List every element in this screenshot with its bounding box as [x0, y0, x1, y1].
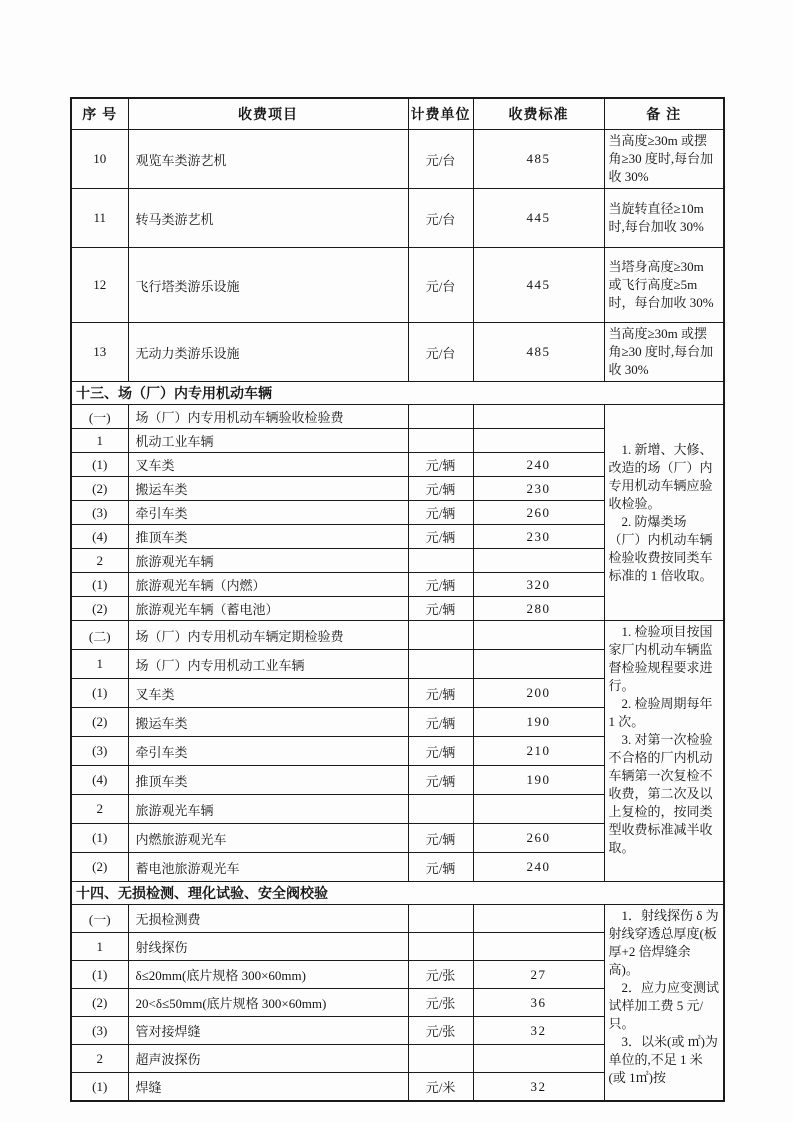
- fee-item-name: 超声波探伤: [128, 1045, 408, 1073]
- fee-standard: 32: [473, 1073, 604, 1102]
- table-row: 13无动力类游乐设施元/台485当高度≥30m 或摆角≥30 度时,每台加收 3…: [71, 323, 724, 382]
- billing-unit: [408, 795, 473, 824]
- row-serial-number: (4): [71, 525, 128, 549]
- fee-table-header: 序 号 收费项目 计费单位 收费标准 备 注: [71, 98, 724, 130]
- column-header-standard: 收费标准: [473, 98, 604, 130]
- row-serial-number: (1): [71, 1073, 128, 1102]
- row-serial-number: (2): [71, 989, 128, 1017]
- fee-standard: 445: [473, 248, 604, 323]
- remark-paragraph: 3．以米(或 ㎡)为单位的,不足 1 米(或 1㎡)按: [609, 1033, 720, 1087]
- fee-standard: [473, 933, 604, 961]
- fee-standard: 200: [473, 679, 604, 708]
- fee-item-name: 搬运车类: [128, 708, 408, 737]
- fee-standard: [473, 905, 604, 933]
- fee-standard: 190: [473, 766, 604, 795]
- fee-item-name: δ≤20mm(底片规格 300×60mm): [128, 961, 408, 989]
- billing-unit: 元/辆: [408, 737, 473, 766]
- fee-standard: [473, 429, 604, 453]
- remark-paragraph: 当高度≥30m 或摆角≥30 度时,每台加收 30%: [609, 132, 720, 186]
- fee-item-name: 旅游观光车辆: [128, 795, 408, 824]
- column-header-item: 收费项目: [128, 98, 408, 130]
- remark-paragraph: 当塔身高度≥30m 或飞行高度≥5m 时，每台加收 30%: [609, 258, 720, 312]
- fee-item-name: 场（厂）内专用机动车辆定期检验费: [128, 621, 408, 650]
- billing-unit: 元/辆: [408, 853, 473, 882]
- row-serial-number: (3): [71, 1017, 128, 1045]
- billing-unit: 元/辆: [408, 766, 473, 795]
- billing-unit: 元/辆: [408, 597, 473, 621]
- billing-unit: 元/张: [408, 1017, 473, 1045]
- row-serial-number: 2: [71, 795, 128, 824]
- remark-cell: 1. 新增、大修、改造的场（厂）内专用机动车辆应验收检验。2. 防爆类场（厂）内…: [604, 405, 724, 621]
- row-serial-number: 2: [71, 1045, 128, 1073]
- billing-unit: 元/台: [408, 130, 473, 189]
- fee-standard: 230: [473, 525, 604, 549]
- fee-standard: 485: [473, 323, 604, 382]
- fee-standard: 280: [473, 597, 604, 621]
- row-serial-number: 1: [71, 650, 128, 679]
- row-serial-number: 1: [71, 933, 128, 961]
- billing-unit: 元/辆: [408, 708, 473, 737]
- billing-unit: 元/台: [408, 323, 473, 382]
- fee-standard: 260: [473, 824, 604, 853]
- row-serial-number: 12: [71, 248, 128, 323]
- fee-item-name: 场（厂）内专用机动车辆验收检验费: [128, 405, 408, 429]
- row-serial-number: (2): [71, 597, 128, 621]
- row-serial-number: 10: [71, 130, 128, 189]
- row-serial-number: 1: [71, 429, 128, 453]
- billing-unit: 元/辆: [408, 477, 473, 501]
- billing-unit: [408, 621, 473, 650]
- fee-table: 序 号 收费项目 计费单位 收费标准 备 注 10观览车类游艺机元/台485当高…: [70, 97, 725, 1102]
- fee-item-name: 20<δ≤50mm(底片规格 300×60mm): [128, 989, 408, 1017]
- row-serial-number: (1): [71, 961, 128, 989]
- fee-item-name: 转马类游艺机: [128, 189, 408, 248]
- billing-unit: 元/辆: [408, 573, 473, 597]
- fee-standard: 240: [473, 453, 604, 477]
- fee-standard: [473, 1045, 604, 1073]
- fee-standard: 260: [473, 501, 604, 525]
- fee-standard: 27: [473, 961, 604, 989]
- column-header-remark: 备 注: [604, 98, 724, 130]
- section-header-row: 十三、场（厂）内专用机动车辆: [71, 382, 724, 405]
- fee-standard: 190: [473, 708, 604, 737]
- fee-standard: 36: [473, 989, 604, 1017]
- row-serial-number: (1): [71, 824, 128, 853]
- fee-item-name: 焊缝: [128, 1073, 408, 1102]
- fee-standard: [473, 549, 604, 573]
- section-header-row: 十四、无损检测、理化试验、安全阀校验: [71, 882, 724, 905]
- fee-standard: 485: [473, 130, 604, 189]
- remark-cell: 当高度≥30m 或摆角≥30 度时,每台加收 30%: [604, 323, 724, 382]
- billing-unit: 元/辆: [408, 501, 473, 525]
- table-row: (一)场（厂）内专用机动车辆验收检验费1. 新增、大修、改造的场（厂）内专用机动…: [71, 405, 724, 429]
- fee-item-name: 观览车类游艺机: [128, 130, 408, 189]
- remark-cell: 当旋转直径≥10m 时,每台加收 30%: [604, 189, 724, 248]
- row-serial-number: (4): [71, 766, 128, 795]
- remark-cell: 1. 检验项目按国家厂内机动车辆监督检验规程要求进行。2. 检验周期每年 1 次…: [604, 621, 724, 882]
- fee-standard: 320: [473, 573, 604, 597]
- section-title: 十四、无损检测、理化试验、安全阀校验: [71, 882, 724, 905]
- fee-item-name: 牵引车类: [128, 501, 408, 525]
- remark-paragraph: 当高度≥30m 或摆角≥30 度时,每台加收 30%: [609, 325, 720, 379]
- fee-item-name: 飞行塔类游乐设施: [128, 248, 408, 323]
- billing-unit: 元/辆: [408, 525, 473, 549]
- billing-unit: [408, 650, 473, 679]
- remark-cell: 当塔身高度≥30m 或飞行高度≥5m 时，每台加收 30%: [604, 248, 724, 323]
- fee-item-name: 射线探伤: [128, 933, 408, 961]
- header-row: 序 号 收费项目 计费单位 收费标准 备 注: [71, 98, 724, 130]
- fee-item-name: 场（厂）内专用机动工业车辆: [128, 650, 408, 679]
- fee-standard: [473, 621, 604, 650]
- fee-standard: 32: [473, 1017, 604, 1045]
- table-row: (二)场（厂）内专用机动车辆定期检验费1. 检验项目按国家厂内机动车辆监督检验规…: [71, 621, 724, 650]
- row-serial-number: (2): [71, 708, 128, 737]
- remark-cell: 1．射线探伤 δ 为射线穿透总厚度(板厚+2 倍焊缝余高)。2．应力应变测试试样…: [604, 905, 724, 1102]
- fee-standard: 210: [473, 737, 604, 766]
- row-serial-number: 11: [71, 189, 128, 248]
- remark-cell: 当高度≥30m 或摆角≥30 度时,每台加收 30%: [604, 130, 724, 189]
- fee-item-name: 叉车类: [128, 453, 408, 477]
- fee-item-name: 旅游观光车辆: [128, 549, 408, 573]
- billing-unit: 元/张: [408, 989, 473, 1017]
- fee-standard: 240: [473, 853, 604, 882]
- fee-item-name: 牵引车类: [128, 737, 408, 766]
- row-serial-number: (二): [71, 621, 128, 650]
- billing-unit: 元/辆: [408, 679, 473, 708]
- row-serial-number: (1): [71, 573, 128, 597]
- table-row: 11转马类游艺机元/台445当旋转直径≥10m 时,每台加收 30%: [71, 189, 724, 248]
- remark-paragraph: 1. 新增、大修、改造的场（厂）内专用机动车辆应验收检验。: [609, 441, 720, 513]
- billing-unit: [408, 905, 473, 933]
- fee-item-name: 推顶车类: [128, 525, 408, 549]
- row-serial-number: (一): [71, 405, 128, 429]
- fee-standard: [473, 405, 604, 429]
- fee-table-body: 10观览车类游艺机元/台485当高度≥30m 或摆角≥30 度时,每台加收 30…: [71, 130, 724, 1102]
- column-header-unit: 计费单位: [408, 98, 473, 130]
- table-row: 12飞行塔类游乐设施元/台445当塔身高度≥30m 或飞行高度≥5m 时，每台加…: [71, 248, 724, 323]
- fee-standard: [473, 650, 604, 679]
- table-row: 10观览车类游艺机元/台485当高度≥30m 或摆角≥30 度时,每台加收 30…: [71, 130, 724, 189]
- remark-paragraph: 2．应力应变测试试样加工费 5 元/只。: [609, 979, 720, 1033]
- row-serial-number: (2): [71, 853, 128, 882]
- fee-item-name: 叉车类: [128, 679, 408, 708]
- billing-unit: [408, 1045, 473, 1073]
- row-serial-number: (3): [71, 501, 128, 525]
- fee-standard: 445: [473, 189, 604, 248]
- fee-item-name: 内燃旅游观光车: [128, 824, 408, 853]
- billing-unit: 元/米: [408, 1073, 473, 1102]
- fee-item-name: 机动工业车辆: [128, 429, 408, 453]
- remark-paragraph: 当旋转直径≥10m 时,每台加收 30%: [609, 200, 720, 236]
- remark-paragraph: 2. 防爆类场（厂）内机动车辆检验收费按同类车标准的 1 倍收取。: [609, 513, 720, 585]
- section-title: 十三、场（厂）内专用机动车辆: [71, 382, 724, 405]
- billing-unit: 元/辆: [408, 824, 473, 853]
- billing-unit: [408, 933, 473, 961]
- row-serial-number: (1): [71, 679, 128, 708]
- remark-paragraph: 2. 检验周期每年 1 次。: [609, 695, 720, 731]
- remark-paragraph: 3. 对第一次检验不合格的厂内机动车辆第一次复检不收费，第二次及以上复检的，按同…: [609, 731, 720, 857]
- fee-item-name: 推顶车类: [128, 766, 408, 795]
- column-header-serial: 序 号: [71, 98, 128, 130]
- billing-unit: 元/辆: [408, 453, 473, 477]
- billing-unit: 元/台: [408, 189, 473, 248]
- billing-unit: 元/张: [408, 961, 473, 989]
- fee-standard: [473, 795, 604, 824]
- fee-item-name: 旅游观光车辆（蓄电池）: [128, 597, 408, 621]
- document-page: 序 号 收费项目 计费单位 收费标准 备 注 10观览车类游艺机元/台485当高…: [0, 0, 793, 1122]
- fee-item-name: 旅游观光车辆（内燃）: [128, 573, 408, 597]
- billing-unit: [408, 549, 473, 573]
- remark-paragraph: 1．射线探伤 δ 为射线穿透总厚度(板厚+2 倍焊缝余高)。: [609, 907, 720, 979]
- row-serial-number: (2): [71, 477, 128, 501]
- fee-item-name: 无动力类游乐设施: [128, 323, 408, 382]
- fee-item-name: 无损检测费: [128, 905, 408, 933]
- billing-unit: 元/台: [408, 248, 473, 323]
- fee-item-name: 蓄电池旅游观光车: [128, 853, 408, 882]
- fee-item-name: 搬运车类: [128, 477, 408, 501]
- row-serial-number: (3): [71, 737, 128, 766]
- billing-unit: [408, 429, 473, 453]
- row-serial-number: 2: [71, 549, 128, 573]
- row-serial-number: 13: [71, 323, 128, 382]
- billing-unit: [408, 405, 473, 429]
- fee-standard: 230: [473, 477, 604, 501]
- remark-paragraph: 1. 检验项目按国家厂内机动车辆监督检验规程要求进行。: [609, 623, 720, 695]
- table-row: (一)无损检测费1．射线探伤 δ 为射线穿透总厚度(板厚+2 倍焊缝余高)。2．…: [71, 905, 724, 933]
- fee-item-name: 管对接焊缝: [128, 1017, 408, 1045]
- row-serial-number: (1): [71, 453, 128, 477]
- row-serial-number: (一): [71, 905, 128, 933]
